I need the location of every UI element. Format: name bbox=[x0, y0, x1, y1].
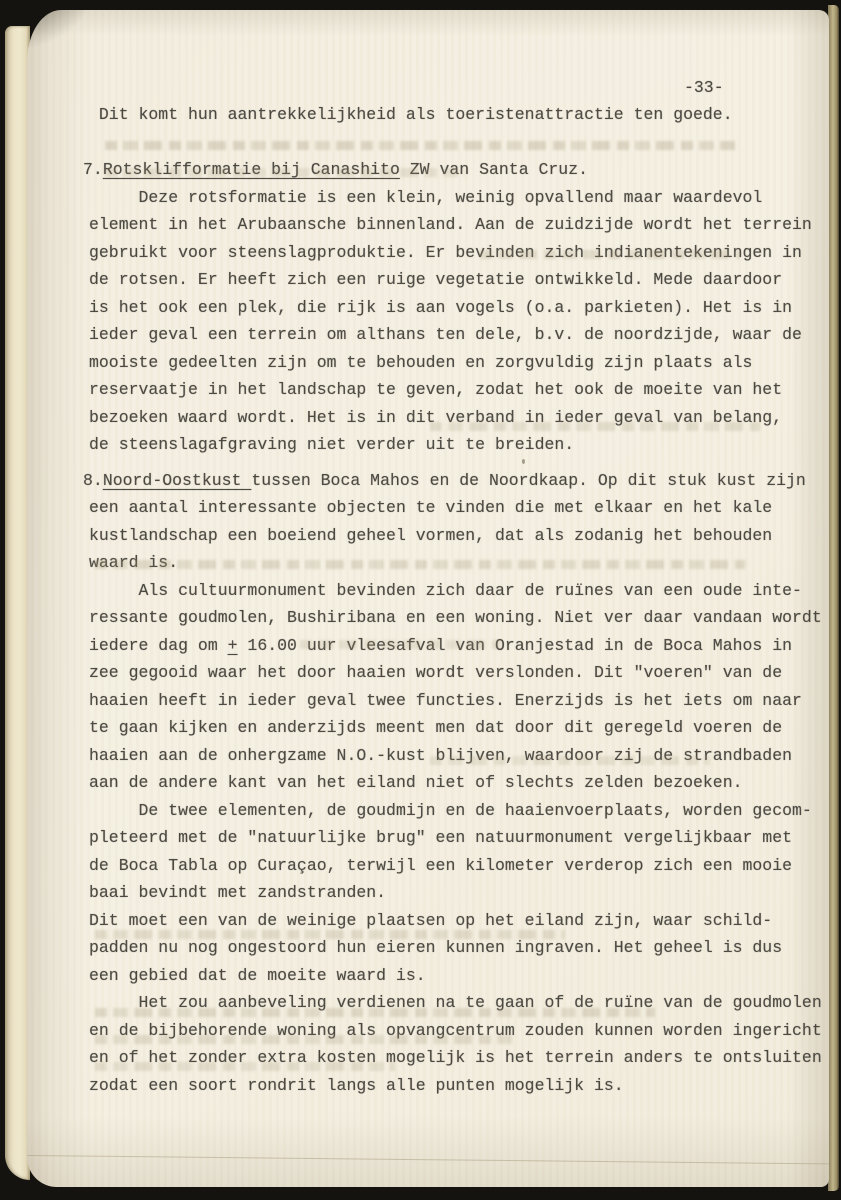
text-line: ressante goudmolen, Bushiribana en een w… bbox=[89, 604, 841, 632]
text-line: Deze rotsformatie is een klein, weinig o… bbox=[89, 184, 841, 212]
section-7-heading: 7.Rotsklifformatie bij Canashito ZW van … bbox=[83, 156, 841, 184]
page-number: -33- bbox=[684, 74, 724, 102]
text-segment: tussen Boca Mahos en de Noordkaap. Op di… bbox=[251, 471, 806, 490]
text-segment: en of het zonder extra kosten mogelijk i… bbox=[89, 1048, 822, 1067]
text-line: padden nu nog ongestoord hun eieren kunn… bbox=[89, 934, 841, 962]
text-segment: De twee elementen, de goudmijn en de haa… bbox=[89, 801, 812, 820]
text-segment: waard is. bbox=[89, 553, 178, 572]
text-line: haaien heeft in ieder geval twee functie… bbox=[89, 687, 841, 715]
text-line: Dit komt hun aantrekkelijkheid als toeri… bbox=[89, 101, 841, 129]
text-segment: bezoeken waard wordt. Het is in dit verb… bbox=[89, 408, 782, 427]
text-line: baai bevindt met zandstranden. bbox=[89, 879, 841, 907]
text-line: bezoeken waard wordt. Het is in dit verb… bbox=[89, 404, 841, 432]
text-segment: ieder geval een terrein om althans ten d… bbox=[89, 325, 802, 344]
text-line: Het zou aanbeveling verdienen na te gaan… bbox=[89, 989, 841, 1017]
text-segment: kustlandschap een boeiend geheel vormen,… bbox=[89, 526, 772, 545]
text-segment: een aantal interessante objecten te vind… bbox=[89, 498, 772, 517]
text-line: de Boca Tabla op Curaçao, terwijl een ki… bbox=[89, 852, 841, 880]
text-line: en de bijbehorende woning als opvangcent… bbox=[89, 1017, 841, 1045]
text-segment: de steenslagafgraving niet verder uit te… bbox=[89, 435, 574, 454]
underlined-text: Noord-Oostkust bbox=[103, 471, 252, 490]
text-line: de rotsen. Er heeft zich een ruige veget… bbox=[89, 266, 841, 294]
text-segment: 16.00 uur vleesafval van Oranjestad in d… bbox=[238, 636, 793, 655]
text-line: ieder geval een terrein om althans ten d… bbox=[89, 321, 841, 349]
text-segment: de rotsen. Er heeft zich een ruige veget… bbox=[89, 270, 782, 289]
text-line: reservaatje in het landschap te geven, z… bbox=[89, 376, 841, 404]
text-line: een gebied dat de moeite waard is. bbox=[89, 962, 841, 990]
ink-speck bbox=[522, 459, 525, 464]
text-line: haaien aan de onhergzame N.O.-kust blijv… bbox=[89, 742, 841, 770]
text-segment: is het ook een plek, die rijk is aan vog… bbox=[89, 298, 792, 317]
text-segment: iedere dag om bbox=[89, 636, 228, 655]
text-segment: haaien heeft in ieder geval twee functie… bbox=[89, 691, 802, 710]
text-line: zodat een soort rondrit langs alle punte… bbox=[89, 1072, 841, 1100]
text-line: waard is. bbox=[89, 549, 841, 577]
text-segment: Het zou aanbeveling verdienen na te gaan… bbox=[89, 993, 822, 1012]
text-segment: aan de andere kant van het eiland niet o… bbox=[89, 773, 743, 792]
text-segment: ZW van Santa Cruz. bbox=[400, 160, 588, 179]
text-line: is het ook een plek, die rijk is aan vog… bbox=[89, 294, 841, 322]
text-line: en of het zonder extra kosten mogelijk i… bbox=[89, 1044, 841, 1072]
text-segment: reservaatje in het landschap te geven, z… bbox=[89, 380, 782, 399]
page-edge-line bbox=[27, 1155, 829, 1164]
underlined-text: Rotsklifformatie bij Canashito bbox=[103, 160, 400, 179]
text-segment: pleteerd met de "natuurlijke brug" een n… bbox=[89, 828, 792, 847]
section-8-heading: 8.Noord-Oostkust tussen Boca Mahos en de… bbox=[83, 467, 841, 495]
text-segment: padden nu nog ongestoord hun eieren kunn… bbox=[89, 938, 782, 957]
text-line: kustlandschap een boeiend geheel vormen,… bbox=[89, 522, 841, 550]
text-segment: zee gegooid waar het door haaien wordt v… bbox=[89, 663, 782, 682]
text-line: gebruikt voor steenslagproduktie. Er bev… bbox=[89, 239, 841, 267]
text-line: Als cultuurmonument bevinden zich daar d… bbox=[89, 577, 841, 605]
text-line: De twee elementen, de goudmijn en de haa… bbox=[89, 797, 841, 825]
text-line: pleteerd met de "natuurlijke brug" een n… bbox=[89, 824, 841, 852]
text-line: iedere dag om + 16.00 uur vleesafval van… bbox=[89, 632, 841, 660]
text-segment: Als cultuurmonument bevinden zich daar d… bbox=[89, 581, 802, 600]
text-segment: de Boca Tabla op Curaçao, terwijl een ki… bbox=[89, 856, 792, 875]
text-segment: element in het Arubaansche binnenland. A… bbox=[89, 215, 812, 234]
text-segment: 7. bbox=[83, 160, 103, 179]
text-segment: gebruikt voor steenslagproduktie. Er bev… bbox=[89, 243, 802, 262]
text-segment: Dit komt hun aantrekkelijkheid als toeri… bbox=[89, 105, 733, 124]
text-line: de steenslagafgraving niet verder uit te… bbox=[89, 431, 841, 459]
text-segment: en de bijbehorende woning als opvangcent… bbox=[89, 1021, 822, 1040]
text-segment: Dit moet een van de weinige plaatsen op … bbox=[89, 911, 772, 930]
text-line: mooiste gedeelten zijn om te behouden en… bbox=[89, 349, 841, 377]
text-segment: zodat een soort rondrit langs alle punte… bbox=[89, 1076, 624, 1095]
text-segment: ressante goudmolen, Bushiribana en een w… bbox=[89, 608, 822, 627]
text-line: aan de andere kant van het eiland niet o… bbox=[89, 769, 841, 797]
text-segment: te gaan kijken en anderzijds meent men d… bbox=[89, 718, 782, 737]
text-segment: mooiste gedeelten zijn om te behouden en… bbox=[89, 353, 752, 372]
underlined-text: + bbox=[228, 636, 238, 655]
text-segment: een gebied dat de moeite waard is. bbox=[89, 966, 426, 985]
text-segment: baai bevindt met zandstranden. bbox=[89, 883, 386, 902]
text-line: te gaan kijken en anderzijds meent men d… bbox=[89, 714, 841, 742]
text-line: zee gegooid waar het door haaien wordt v… bbox=[89, 659, 841, 687]
text-line: element in het Arubaansche binnenland. A… bbox=[89, 211, 841, 239]
text-segment: 8. bbox=[83, 471, 103, 490]
text-segment: haaien aan de onhergzame N.O.-kust blijv… bbox=[89, 746, 792, 765]
text-line: een aantal interessante objecten te vind… bbox=[89, 494, 841, 522]
book-scan: { "page": { "page_number": "-33-" }, "co… bbox=[0, 0, 841, 1200]
text-segment: Deze rotsformatie is een klein, weinig o… bbox=[89, 188, 762, 207]
text-line: Dit moet een van de weinige plaatsen op … bbox=[89, 907, 841, 935]
document-text: Dit komt hun aantrekkelijkheid als toeri… bbox=[89, 101, 841, 1099]
document-page: -33- Dit komt hun aantrekkelijkheid als … bbox=[27, 10, 829, 1187]
